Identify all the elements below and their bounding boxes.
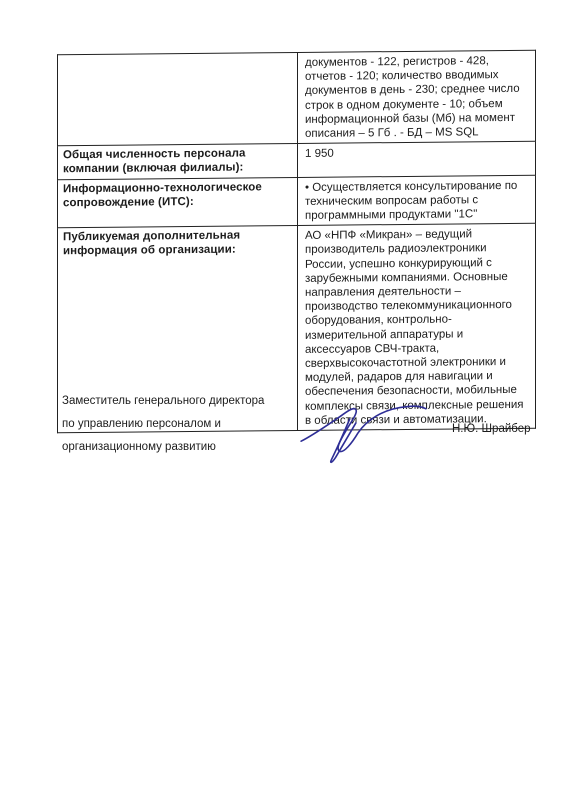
- signatory-title: Заместитель генерального директора по уп…: [62, 390, 292, 459]
- signatory-title-line: организационному развитию: [62, 436, 292, 459]
- row-label: Общая численность персонала компании (вк…: [58, 144, 298, 180]
- table-row: документов - 122, регистров - 428, отчет…: [58, 50, 536, 146]
- row-label: [58, 52, 298, 146]
- document-page: { "page": { "background": "#ffffff", "in…: [0, 0, 566, 800]
- signer-name: Н.Ю. Шрайбер: [452, 423, 531, 435]
- signatory-title-line: по управлению персоналом и: [62, 413, 292, 436]
- table-row: Информационно-технологическое сопровожде…: [58, 175, 536, 228]
- row-value: 1 950: [298, 141, 536, 177]
- row-label: Информационно-технологическое сопровожде…: [58, 177, 298, 228]
- company-info-table: документов - 122, регистров - 428, отчет…: [57, 50, 536, 434]
- signatory-title-line: Заместитель генерального директора: [62, 390, 292, 413]
- row-value: документов - 122, регистров - 428, отчет…: [298, 50, 536, 144]
- table-row: Общая численность персонала компании (вк…: [58, 141, 536, 179]
- handwritten-signature-icon: [293, 394, 435, 464]
- row-value: • Осуществляется консультирование по тех…: [298, 175, 536, 226]
